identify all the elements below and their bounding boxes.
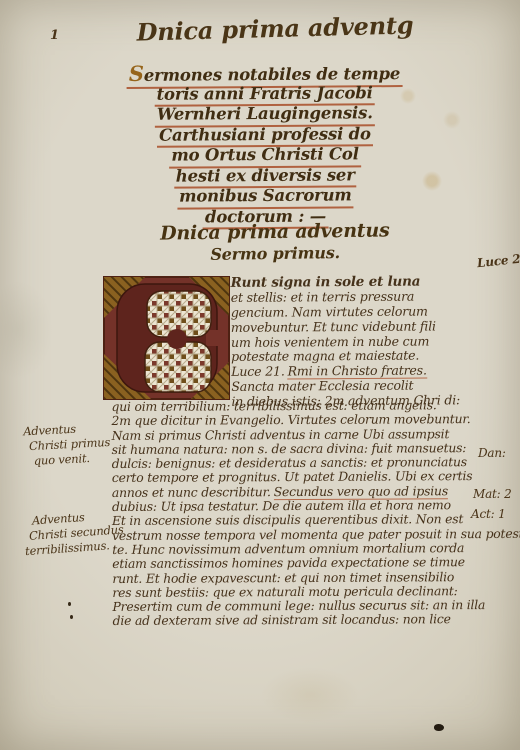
ink-dot: [70, 615, 73, 619]
margin-ref-daniel: Dan:: [478, 446, 506, 460]
ink-blot: [434, 724, 444, 731]
margin-ref-luce: Luce 2: [476, 252, 520, 270]
ink-dot: [68, 602, 71, 606]
manuscript-page: 1 Dnica prima adventg Sermones notabiles…: [0, 0, 520, 750]
luke-reference: Luce 21.: [231, 364, 285, 379]
title-line: Wernheri Laugingensis.: [105, 103, 425, 126]
margin-note-second-advent: Adventus Christi secundus terribilissimu…: [23, 508, 118, 559]
text-column-beside-initial: Runt signa in sole et luna et stellis: e…: [231, 274, 484, 410]
section-heading-line1: Dnica prima adventus: [110, 219, 440, 246]
title-line: mo Ortus Christi Col: [105, 144, 425, 167]
illuminated-initial-artwork: [103, 276, 230, 400]
main-text-block: qui oim terribilium: terribilissimus est…: [111, 398, 486, 629]
title-block: Sermones notabiles de tempe toris anni F…: [104, 62, 425, 228]
margin-ref-matthew: Mat: 2: [473, 487, 512, 501]
title-line: Carthusiani professi do: [105, 123, 425, 146]
margin-ref-acts: Act: 1: [471, 507, 506, 521]
margin-note-first-advent: Adventus Christi primus quo venit.: [23, 420, 117, 470]
section-heading-line2: Sermo primus.: [110, 242, 440, 266]
manuscript-line: movebuntur. Et tunc videbunt fili: [231, 319, 483, 336]
running-title: Dnica prima adventg: [105, 10, 446, 48]
title-line: Sermones notabiles de tempe: [104, 62, 424, 85]
section-heading: Dnica prima adventus Sermo primus.: [110, 219, 441, 266]
title-line: hesti ex diversis ser: [105, 164, 425, 187]
title-line: monibus Sacrorum: [105, 185, 425, 208]
manuscript-line: die ad dexteram sive ad sinistram sit lo…: [113, 612, 487, 628]
folio-number: 1: [50, 28, 59, 43]
illuminated-initial-e: E: [103, 276, 230, 400]
